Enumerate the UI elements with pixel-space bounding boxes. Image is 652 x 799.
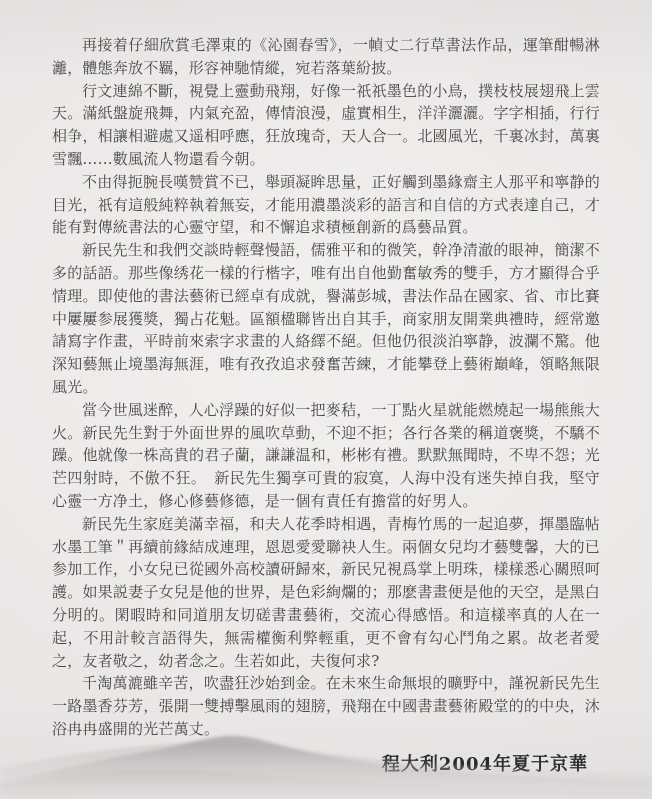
paragraph: 不由得扼腕長嘆赞賞不已，舉頭凝眸思量，正好觸到墨緣齋主人那平和寧静的目光，祇有這… xyxy=(52,171,600,239)
paragraph: 當今世風迷醉，人心浮躁的好似一把麥秸，一丁點火星就能燃燒起一場熊熊大火。新民先生… xyxy=(52,399,600,513)
paragraph: 新民先生家庭美滿幸福，和夫人花季時相遇，青梅竹馬的一起追夢，揮墨臨帖水墨工筆＂再… xyxy=(52,513,600,673)
paragraph: 再接着仔細欣賞毛澤東的《沁園春雪》，一幀丈二行草書法作品，運筆酣暢淋灕，體態奔放… xyxy=(52,34,600,80)
document-page: 再接着仔細欣賞毛澤東的《沁園春雪》，一幀丈二行草書法作品，運筆酣暢淋灕，體態奔放… xyxy=(0,0,652,799)
author-signature: 程大利2004年夏于京華 xyxy=(382,750,588,776)
paragraph: 千淘萬漉雖辛苦，吹盡狂沙始到金。在未來生命無垠的曠野中，謹祝新民先生一路墨香芬芳… xyxy=(52,672,600,740)
article-body: 再接着仔細欣賞毛澤東的《沁園春雪》，一幀丈二行草書法作品，運筆酣暢淋灕，體態奔放… xyxy=(52,34,600,741)
paragraph: 新民先生和我們交談時輕聲慢語，儒雅平和的微笑，幹净清澈的眼神，簡潔不多的話語。那… xyxy=(52,239,600,399)
paragraph: 行文連綿不斷，視覺上靈動飛翔，好像一祇祇墨色的小鳥，撲枝枝展翅飛上雲天。滿紙盤旋… xyxy=(52,80,600,171)
